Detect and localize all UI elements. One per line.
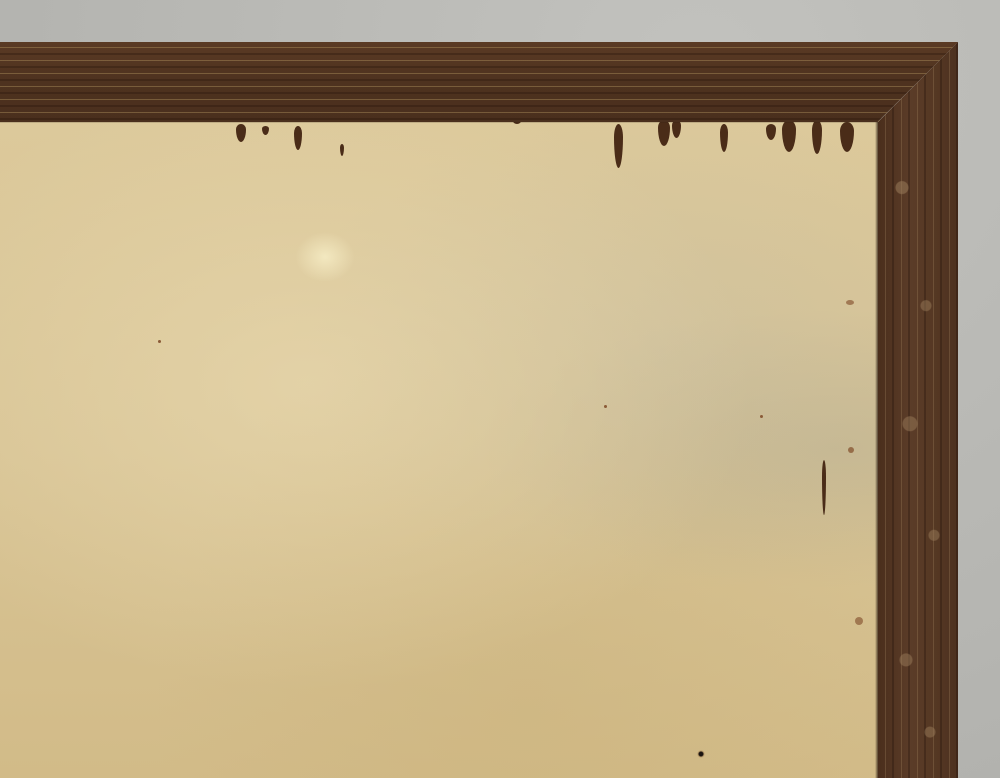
paper-fleck [604, 405, 607, 408]
paper-fleck [846, 300, 854, 305]
frame-wear-spots [878, 122, 958, 778]
paper-backing [0, 120, 880, 778]
frame-top-rail [0, 42, 958, 122]
paper-fleck [760, 415, 763, 418]
paper-fleck [855, 617, 863, 625]
nail-hole [697, 750, 705, 758]
paper-fleck [848, 447, 854, 453]
paper-light-patch [295, 232, 355, 282]
paper-fleck [158, 340, 161, 343]
